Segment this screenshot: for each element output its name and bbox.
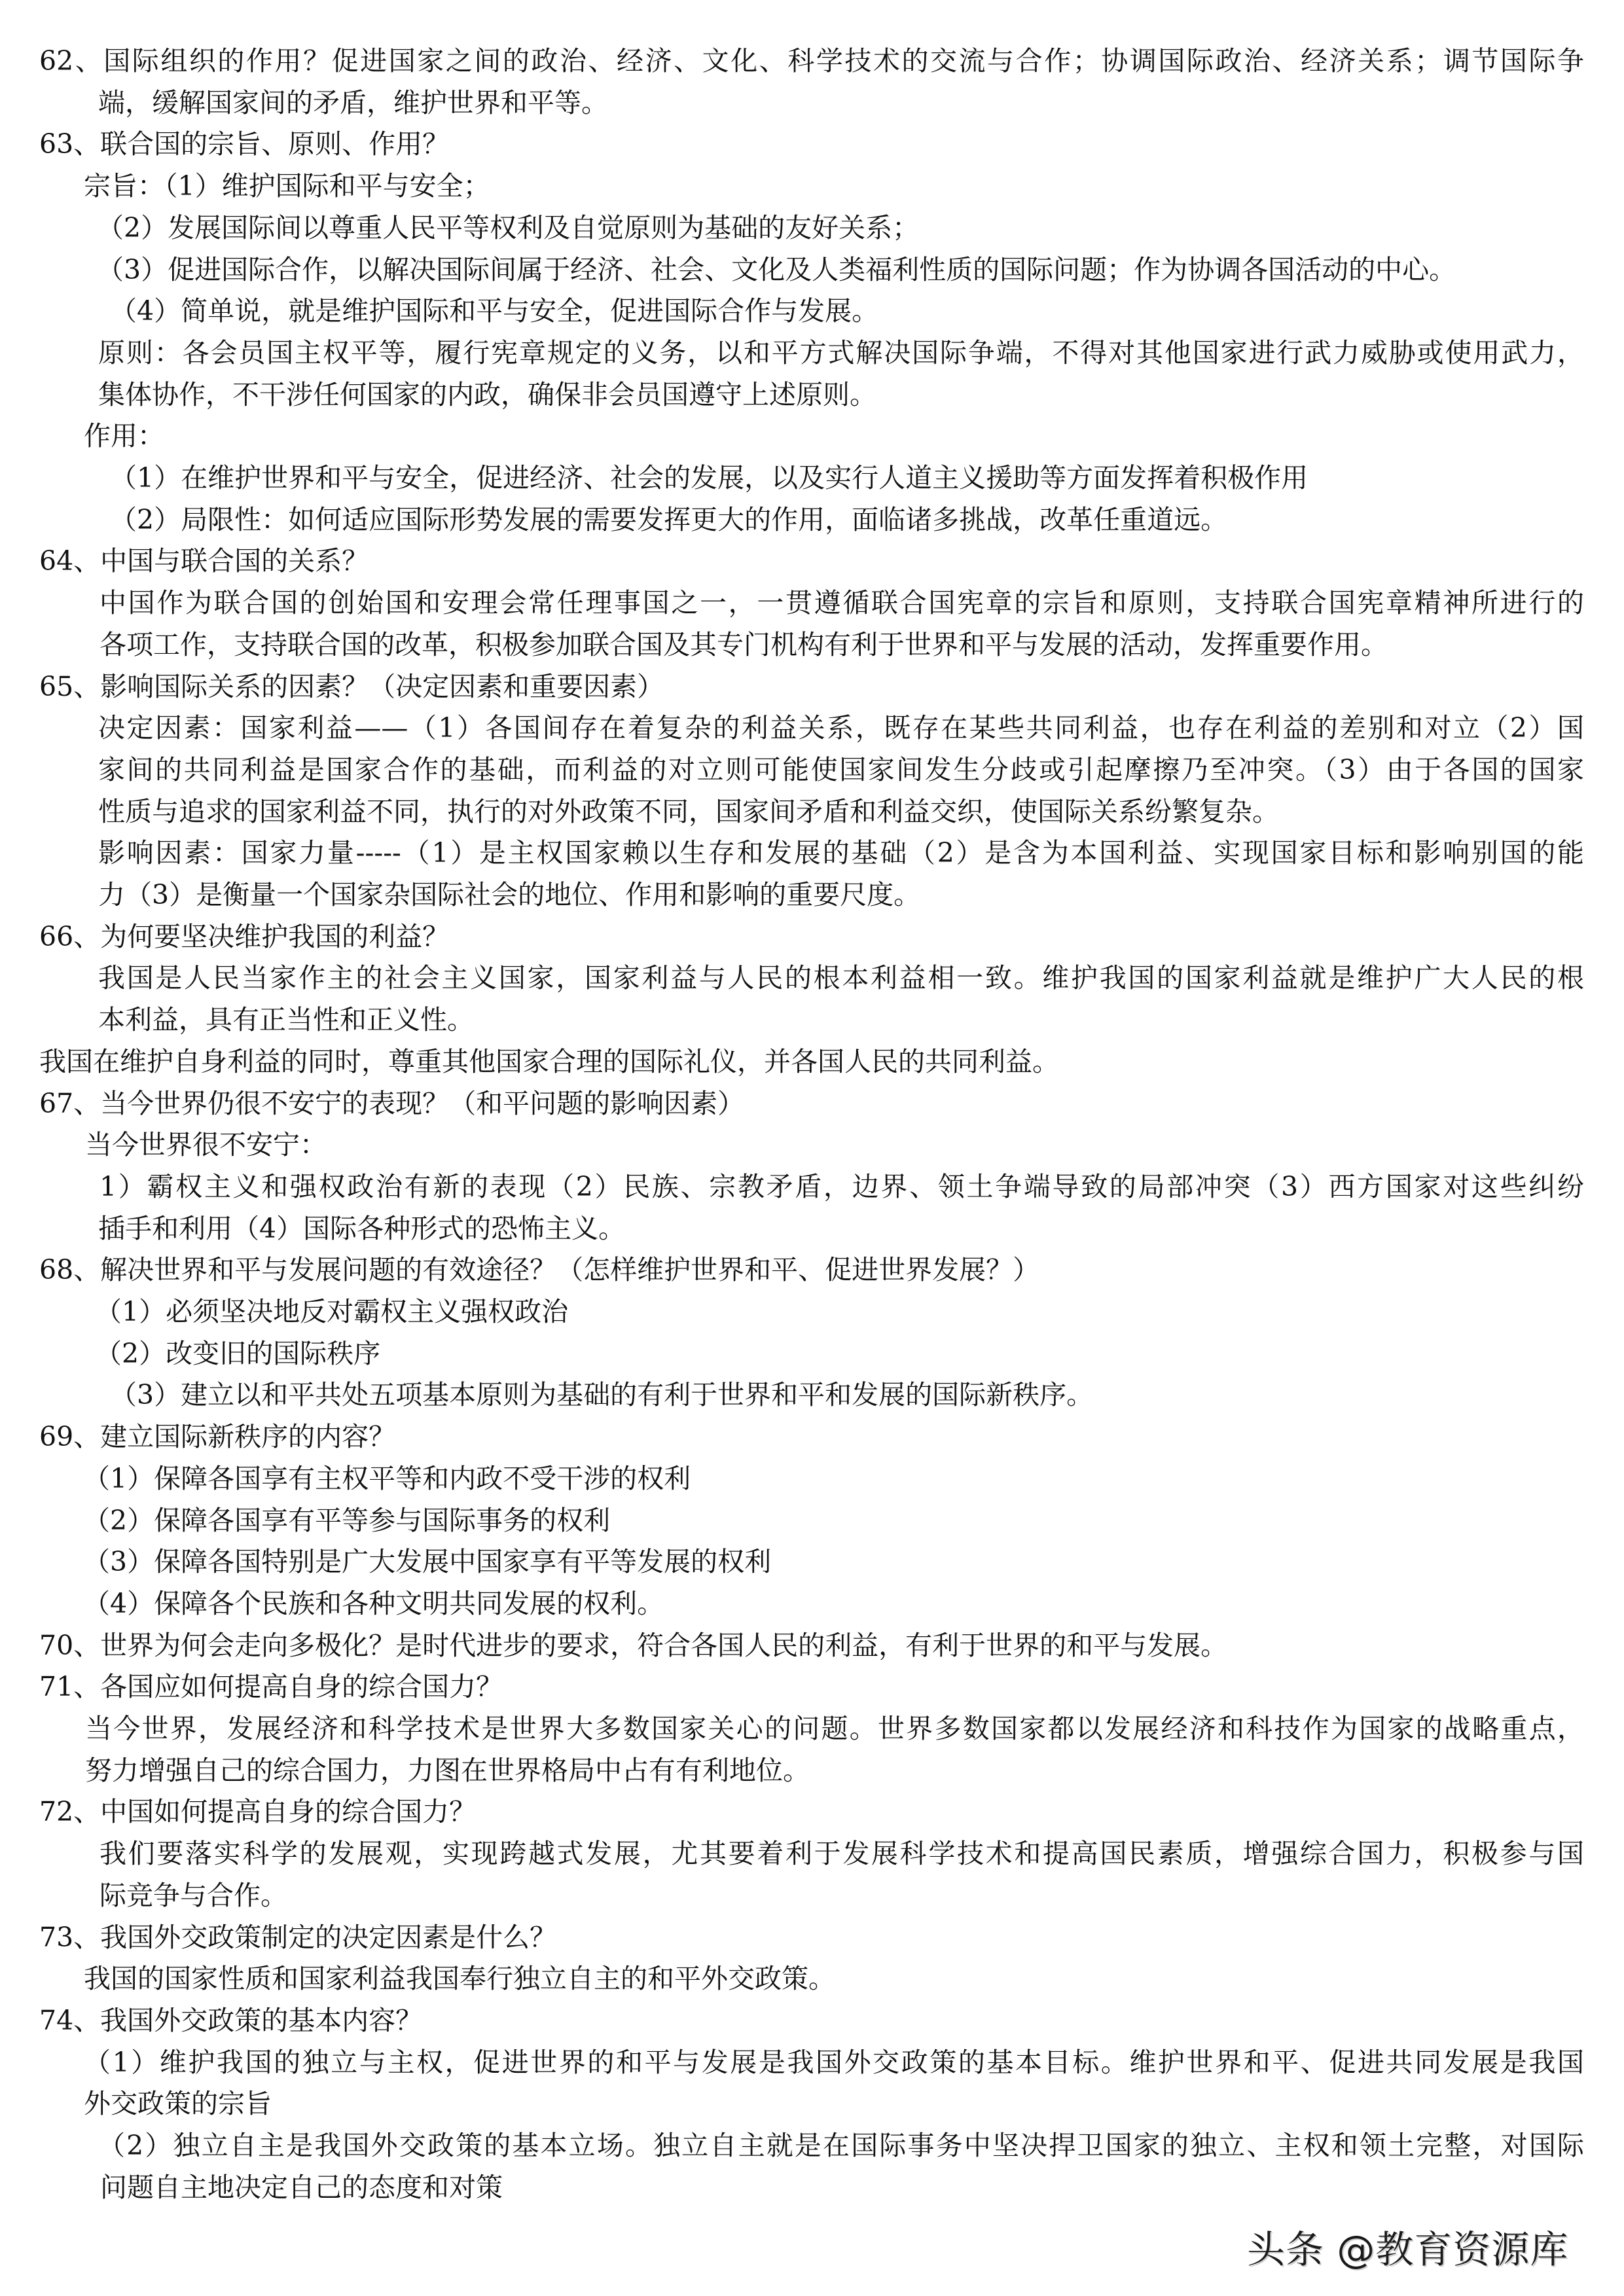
- body-text-line: 影响因素：国家力量-----（1）是主权国家赖以生存和发展的基础（2）是含为本国…: [98, 833, 1584, 872]
- body-text-line: 当今世界很不安宁：: [85, 1125, 327, 1164]
- body-text-line: 作用：: [84, 416, 164, 456]
- body-text-line: 我们要落实科学的发展观，实现跨越式发展，尤其要着利于发展科学技术和提高国民素质，…: [99, 1834, 1584, 1873]
- body-text-line: （1）维护我国的独立与主权，促进世界的和平与发展是我国外交政策的基本目标。维护世…: [84, 2043, 1584, 2082]
- watermark: 头条 @教育资源库: [1247, 2220, 1568, 2279]
- body-text-line: 决定因素：国家利益——（1）各国间存在着复杂的利益关系，既存在某些共同利益，也存…: [98, 708, 1584, 747]
- body-text-line: （3）促进国际合作，以解决国际间属于经济、社会、文化及人类福利性质的国际问题；作…: [97, 250, 1456, 289]
- body-text-line: （1）保障各国享有主权平等和内政不受干涉的权利: [83, 1459, 691, 1498]
- question-heading: 68、解决世界和平与发展问题的有效途径？（怎样维护世界和平、促进世界发展？）: [39, 1250, 1039, 1289]
- body-text-line: 原则：各会员国主权平等，履行宪章规定的义务，以和平方式解决国际争端，不得对其他国…: [98, 333, 1584, 372]
- question-heading: 63、联合国的宗旨、原则、作用？: [39, 124, 449, 164]
- body-text-line: （4）简单说，就是维护国际和平与安全，促进国际合作与发展。: [110, 291, 878, 331]
- body-text-line: （2）局限性：如何适应国际形势发展的需要发挥更大的作用，面临诸多挑战，改革任重道…: [110, 500, 1227, 539]
- body-text-line: （3）建立以和平共处五项基本原则为基础的有利于世界和平和发展的国际新秩序。: [110, 1375, 1093, 1414]
- body-text-line: （4）保障各个民族和各种文明共同发展的权利。: [83, 1584, 664, 1623]
- body-text-line: （3）保障各国特别是广大发展中国家享有平等发展的权利: [83, 1542, 771, 1581]
- question-heading: 62、国际组织的作用？促进国家之间的政治、经济、文化、科学技术的交流与合作；协调…: [39, 41, 1584, 81]
- body-text-line: 当今世界，发展经济和科学技术是世界大多数国家关心的问题。世界多数国家都以发展经济…: [85, 1709, 1584, 1748]
- body-text-line: （2）独立自主是我国外交政策的基本立场。独立自主就是在国际事务中坚决捍卫国家的独…: [98, 2126, 1584, 2165]
- body-text-line: 集体协作，不干涉任何国家的内政，确保非会员国遵守上述原则。: [98, 375, 876, 414]
- body-text-line: 力（3）是衡量一个国家杂国际社会的地位、作用和影响的重要尺度。: [98, 875, 920, 914]
- question-heading: 69、建立国际新秩序的内容？: [39, 1417, 395, 1456]
- body-text-line: 问题自主地决定自己的态度和对策: [100, 2168, 503, 2207]
- question-heading: 70、世界为何会走向多极化？是时代进步的要求，符合各国人民的利益，有利于世界的和…: [39, 1626, 1227, 1665]
- question-heading: 65、影响国际关系的因素？（决定因素和重要因素）: [39, 667, 664, 706]
- body-text-line: 我国的国家性质和国家利益我国奉行独立自主的和平外交政策。: [84, 1959, 835, 1998]
- body-text-line: 宗旨：（1）维护国际和平与安全；: [84, 166, 490, 206]
- body-text-line: 我国在维护自身利益的同时，尊重其他国家合理的国际礼仪，并各国人民的共同利益。: [39, 1042, 1059, 1081]
- body-text-line: 外交政策的宗旨: [84, 2084, 272, 2123]
- body-text-line: 我国是人民当家作主的社会主义国家，国家利益与人民的根本利益相一致。维护我国的国家…: [98, 958, 1584, 997]
- body-text-line: 各项工作，支持联合国的改革，积极参加联合国及其专门机构有利于世界和平与发展的活动…: [99, 625, 1388, 664]
- question-heading: 73、我国外交政策制定的决定因素是什么？: [39, 1918, 556, 1957]
- body-text-line: （2）改变旧的国际秩序: [95, 1334, 380, 1373]
- question-heading: 66、为何要坚决维护我国的利益？: [39, 917, 449, 956]
- document-page: 62、国际组织的作用？促进国家之间的政治、经济、文化、科学技术的交流与合作；协调…: [0, 0, 1624, 2296]
- body-text-line: 性质与追求的国家利益不同，执行的对外政策不同，国家间矛盾和利益交织，使国际关系纷…: [98, 792, 1279, 831]
- body-text-line: 端，缓解国家间的矛盾，维护世界和平等。: [98, 83, 608, 122]
- body-text-line: 本利益，具有正当性和正义性。: [98, 1000, 474, 1039]
- body-text-line: （2）发展国际间以尊重人民平等权利及自觉原则为基础的友好关系；: [97, 208, 919, 247]
- body-text-line: 1）霸权主义和强权政治有新的表现（2）民族、宗教矛盾，边界、领土争端导致的局部冲…: [99, 1167, 1584, 1206]
- body-text-line: 际竞争与合作。: [99, 1876, 287, 1915]
- question-heading: 64、中国与联合国的关系？: [39, 541, 369, 581]
- body-text-line: 插手和利用（4）国际各种形式的恐怖主义。: [98, 1209, 625, 1248]
- body-text-line: 中国作为联合国的创始国和安理会常任理事国之一，一贯遵循联合国宪章的宗旨和原则，支…: [99, 583, 1584, 622]
- body-text-line: 家间的共同利益是国家合作的基础，而利益的对立则可能使国家间发生分歧或引起摩擦乃至…: [98, 750, 1584, 789]
- question-heading: 71、各国应如何提高自身的综合国力？: [39, 1667, 503, 1706]
- question-heading: 74、我国外交政策的基本内容？: [39, 2001, 422, 2040]
- question-heading: 67、当今世界仍很不安宁的表现？（和平问题的影响因素）: [39, 1084, 744, 1123]
- body-text-line: （1）必须坚决地反对霸权主义强权政治: [95, 1292, 568, 1331]
- question-heading: 72、中国如何提高自身的综合国力？: [39, 1792, 476, 1831]
- body-text-line: 努力增强自己的综合国力，力图在世界格局中占有有利地位。: [85, 1751, 810, 1790]
- body-text-line: （2）保障各国享有平等参与国际事务的权利: [83, 1501, 610, 1540]
- body-text-line: （1）在维护世界和平与安全，促进经济、社会的发展，以及实行人道主义援助等方面发挥…: [110, 458, 1308, 497]
